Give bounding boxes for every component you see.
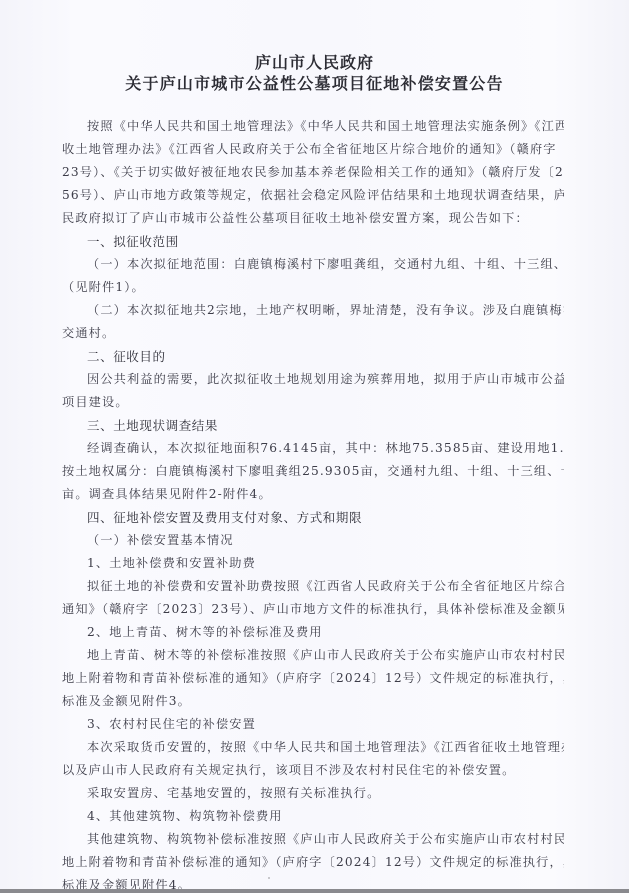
body-line: 3、农村村民住宅的补偿安置 [62, 713, 564, 736]
section-heading: 四、征地补偿安置及费用支付对象、方式和期限 [62, 506, 564, 529]
section-heading: 二、征收目的 [62, 345, 564, 368]
body-line: 收土地管理办法》《江西省人民政府关于公布全省征地区片综合地价的通知》（赣府字〔2… [62, 138, 564, 161]
body-line: 标准及金额见附件4。 [62, 874, 564, 893]
body-line: 标准及金额见附件3。 [62, 690, 564, 713]
body-line: 4、其他建筑物、构筑物补偿费用 [62, 805, 564, 828]
section-heading: 三、土地现状调查结果 [62, 414, 564, 437]
body-line: 拟征土地的补偿费和安置补助费按照《江西省人民政府关于公布全省征地区片综合地价的 [62, 575, 564, 598]
document-page: 庐山市人民政府 关于庐山市城市公益性公墓项目征地补偿安置公告 按照《中华人民共和… [0, 0, 629, 889]
body-line: 以及庐山市人民政府有关规定执行，该项目不涉及农村村民住宅的补偿安置。 [62, 759, 564, 782]
issuer-title: 庐山市人民政府 [0, 50, 629, 73]
body-line: 亩。调查具体结果见附件2-附件4。 [62, 483, 564, 506]
body-line: 本次采取货币安置的，按照《中华人民共和国土地管理法》《江西省征收土地管理办法》 [62, 736, 564, 759]
body-line: 按照《中华人民共和国土地管理法》《中华人民共和国土地管理法实施条例》《江西省征 [62, 115, 564, 138]
body-line: 2、地上青苗、树木等的补偿标准及费用 [62, 621, 564, 644]
body-line: 1、土地补偿费和安置补助费 [62, 552, 564, 575]
body-line: 项目建设。 [62, 391, 564, 414]
body-line: 地上附着物和青苗补偿标准的通知》（庐府字〔2024〕12号）文件规定的标准执行，… [62, 851, 564, 874]
body-line: （见附件1）。 [62, 276, 564, 299]
body-line: 56号）、庐山市地方政策等规定，依据社会稳定风险评估结果和土地现状调查结果，庐山… [62, 184, 564, 207]
body-line: （一）本次拟征地范围：白鹿镇梅溪村下廖咀龚组，交通村九组、十组、十三组、十四组 [62, 253, 564, 276]
body-line: 民政府拟订了庐山市城市公益性公墓项目征收土地补偿安置方案，现公告如下： [62, 207, 564, 230]
body-line: 按土地权属分：白鹿镇梅溪村下廖咀龚组25.9305亩，交通村九组、十组、十三组、… [62, 460, 564, 483]
body-line: 经调查确认，本次拟征地面积76.4145亩，其中：林地75.3585亩、建设用地… [62, 437, 564, 460]
body-line: （一）补偿安置基本情况 [62, 529, 564, 552]
body-line: 其他建筑物、构筑物补偿标准按照《庐山市人民政府关于公布实施庐山市农村村民住宅、 [62, 828, 564, 851]
body-line: 地上青苗、树木等的补偿标准按照《庐山市人民政府关于公布实施庐山市农村村民住宅、 [62, 644, 564, 667]
body-line: 地上附着物和青苗补偿标准的通知》（庐府字〔2024〕12号）文件规定的标准执行，… [62, 667, 564, 690]
section-heading: 一、拟征收范围 [62, 230, 564, 253]
body-line: 交通村。 [62, 322, 564, 345]
notice-title: 关于庐山市城市公益性公墓项目征地补偿安置公告 [0, 71, 629, 94]
body-line: 采取安置房、宅基地安置的，按照有关标准执行。 [62, 782, 564, 805]
document-body: 按照《中华人民共和国土地管理法》《中华人民共和国土地管理法实施条例》《江西省征收… [62, 115, 564, 893]
body-line: （二）本次拟征地共2宗地，土地产权明晰，界址清楚，没有争议。涉及白鹿镇梅溪村、 [62, 299, 564, 322]
body-line: 通知》（赣府字〔2023〕23号）、庐山市地方文件的标准执行，具体补偿标准及金额… [62, 598, 564, 621]
body-line: 因公共利益的需要，此次拟征收土地规划用途为殡葬用地，拟用于庐山市城市公益性公墓 [62, 368, 564, 391]
scan-mark [268, 877, 270, 879]
body-line: 23号）、《关于切实做好被征地农民参加基本养老保险相关工作的通知》（赣府厅发〔2… [62, 161, 564, 184]
